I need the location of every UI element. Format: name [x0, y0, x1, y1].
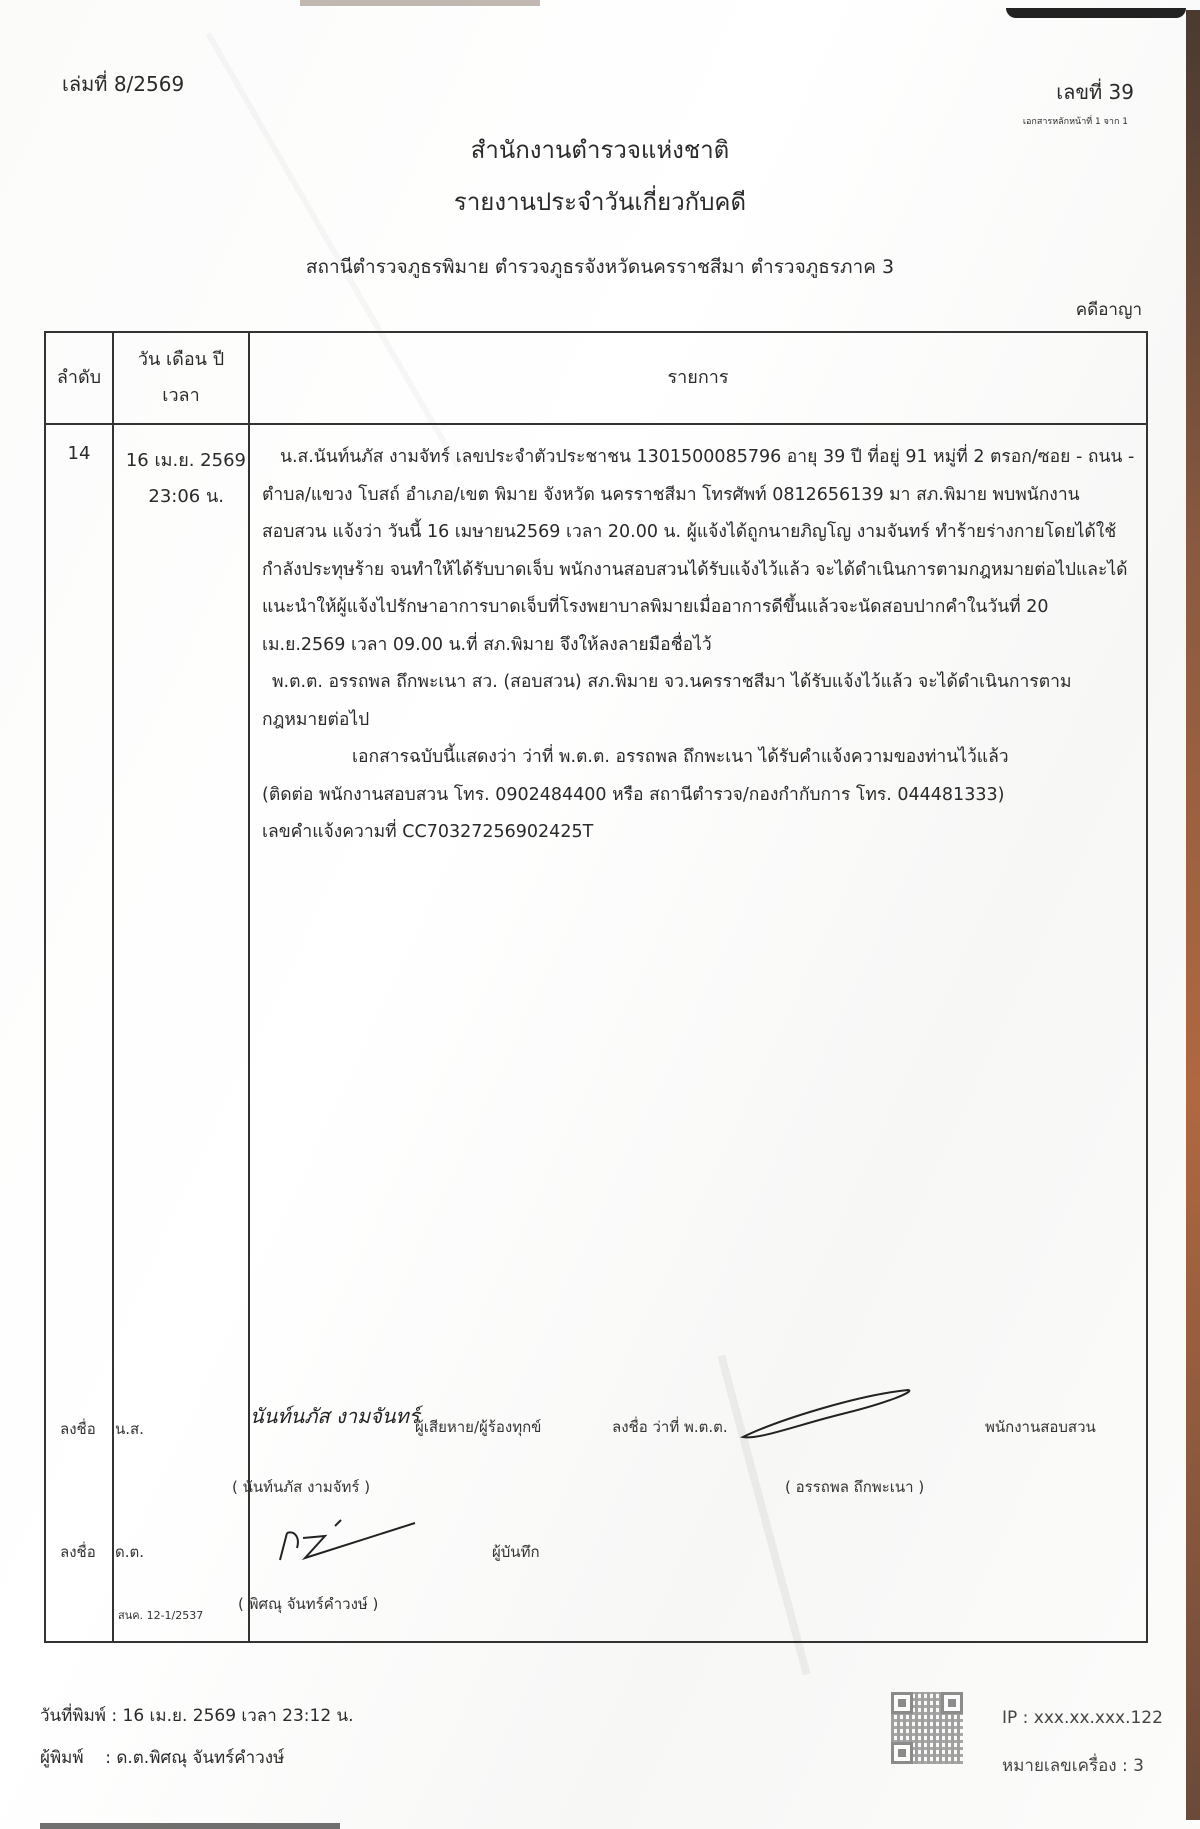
scan-edge: [40, 1823, 340, 1829]
case-type: คดีอาญา: [1076, 296, 1142, 323]
recorder-printed-name: ( พิศณุ จันทร์คำวงษ์ ): [238, 1592, 378, 1616]
recorder-signature: [275, 1518, 445, 1568]
header-seq: ลำดับ: [45, 332, 113, 424]
table-row: 14 16 เม.ย. 2569 23:06 น. น.ส.นันท์นภัส …: [45, 424, 1147, 1642]
scan-edge: [1006, 8, 1186, 18]
complainant-title: น.ส.: [115, 1417, 144, 1441]
investigator-sign-label: ลงชื่อ ว่าที่ พ.ต.ต.: [612, 1415, 728, 1439]
qr-finder: [941, 1692, 963, 1714]
recorder-title: ด.ต.: [115, 1540, 144, 1564]
investigator-signature: [738, 1385, 918, 1445]
contact-info: (ติดต่อ พนักงานสอบสวน โทร. 0902484400 หร…: [262, 777, 1136, 815]
machine-number: หมายเลขเครื่อง : 3: [1002, 1752, 1144, 1779]
qr-finder: [891, 1692, 913, 1714]
document-number: เลขที่ 39: [1056, 76, 1134, 108]
ip-address: IP : xxx.xx.xxx.122: [1002, 1708, 1163, 1728]
officer-acknowledgement: พ.ต.ต. อรรถพล ถึกพะเนา สว. (สอบสวน) สภ.พ…: [262, 664, 1136, 739]
qr-code-icon: [891, 1692, 963, 1764]
header-details: รายการ: [249, 332, 1147, 424]
print-date: วันที่พิมพ์ : 16 เม.ย. 2569 เวลา 23:12 น…: [40, 1702, 354, 1729]
report-table: ลำดับ วัน เดือน ปี เวลา รายการ 14 16 เม.…: [44, 331, 1148, 1643]
row-datetime: 16 เม.ย. 2569 23:06 น.: [113, 424, 249, 1642]
report-number: เลขคำแจ้งความที่ CC70327256902425T: [262, 814, 1136, 852]
qr-finder: [891, 1742, 913, 1764]
complaint-text: น.ส.นันท์นภัส งามจัทร์ เลขประจำตัวประชาช…: [262, 439, 1136, 664]
complainant-printed-name: ( นันท์นภัส งามจัทร์ ): [232, 1475, 370, 1499]
printer-name: ผู้พิมพ์ : ด.ต.พิศณุ จันทร์คำวงษ์: [40, 1744, 284, 1771]
row-date: 16 เม.ย. 2569: [114, 443, 246, 479]
complainant-signature: นันท์นภัส งามจันทร์: [250, 1400, 419, 1432]
header-date: วัน เดือน ปี เวลา: [113, 332, 249, 424]
book-number: เล่มที่ 8/2569: [62, 68, 184, 100]
complainant-sign-label: ลงชื่อ: [60, 1417, 96, 1441]
station-name: สถานีตำรวจภูธรพิมาย ตำรวจภูธรจังหวัดนครร…: [0, 252, 1200, 282]
recorder-sign-label: ลงชื่อ: [60, 1540, 96, 1564]
recorder-role: ผู้บันทึก: [492, 1540, 540, 1564]
complainant-role: ผู้เสียหาย/ผู้ร้องทุกข์: [415, 1415, 541, 1439]
table-header-row: ลำดับ วัน เดือน ปี เวลา รายการ: [45, 332, 1147, 424]
investigator-printed-name: ( อรรถพล ถึกพะเนา ): [785, 1475, 924, 1499]
investigator-role: พนักงานสอบสวน: [985, 1415, 1096, 1439]
page-indicator: เอกสารหลักหน้าที่ 1 จาก 1: [1023, 114, 1128, 128]
scan-edge: [300, 0, 540, 6]
agency-title: สำนักงานตำรวจแห่งชาติ: [0, 130, 1200, 169]
receipt-statement: เอกสารฉบับนี้แสดงว่า ว่าที่ พ.ต.ต. อรรถพ…: [262, 739, 1136, 777]
report-title: รายงานประจำวันเกี่ยวกับคดี: [0, 182, 1200, 221]
row-time: 23:06 น.: [114, 479, 246, 515]
row-details: น.ส.นันท์นภัส งามจัทร์ เลขประจำตัวประชาช…: [249, 424, 1147, 1642]
row-seq: 14: [45, 424, 113, 1642]
form-code: สนค. 12-1/2537: [118, 1606, 203, 1624]
